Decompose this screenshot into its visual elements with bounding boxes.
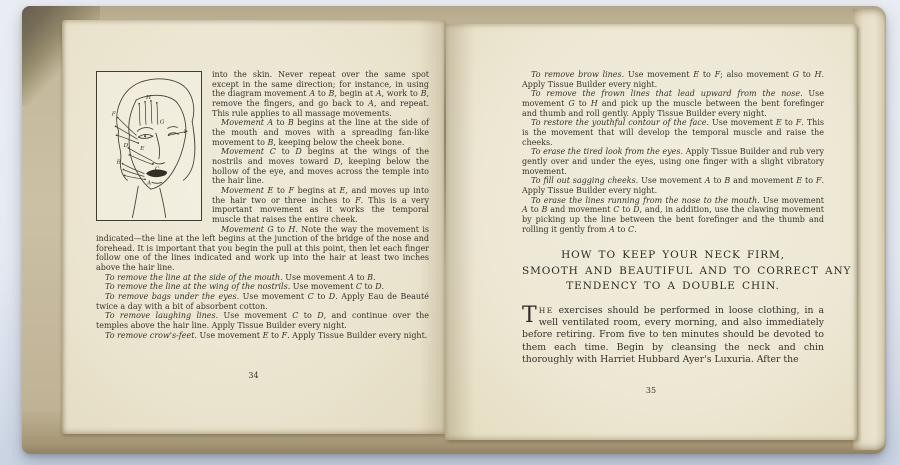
right-page-text: To remove brow lines. Use movement E to …: [522, 70, 824, 367]
drop-cap: T: [522, 305, 539, 325]
paragraph: To remove crow's-feet. Use movement E to…: [96, 331, 429, 341]
paragraph: To erase the lines running from the nose…: [522, 196, 824, 235]
face-massage-diagram-svg: HGFEDCBA: [97, 72, 201, 220]
chapter-heading-line: HOW TO KEEP YOUR NECK FIRM,: [522, 248, 824, 264]
paragraph: To remove laughing lines. Use movement C…: [96, 311, 429, 330]
face-massage-diagram: HGFEDCBA: [96, 71, 202, 221]
open-book: HGFEDCBA into the skin. Never repeat ove…: [22, 6, 886, 454]
chapter-heading-line: TENDENCY TO A DOUBLE CHIN.: [522, 279, 824, 295]
svg-text:E: E: [139, 146, 145, 152]
paragraph: Movement G to H. Note the way the moveme…: [96, 225, 429, 273]
paragraph: To restore the youthful contour of the f…: [522, 118, 824, 147]
chapter-lead-paragraph: THE exercises should be performed in loo…: [522, 305, 824, 367]
gutter: [444, 22, 446, 272]
right-page: To remove brow lines. Use movement E to …: [445, 24, 857, 440]
left-page: HGFEDCBA into the skin. Never repeat ove…: [62, 20, 445, 434]
paragraph: To remove bags under the eyes. Use movem…: [96, 292, 429, 311]
paragraph: To remove the frown lines that lead upwa…: [522, 89, 824, 118]
chapter-heading-line: SMOOTH AND BEAUTIFUL AND TO CORRECT ANY: [522, 264, 824, 280]
paragraph: To remove the line at the wing of the no…: [96, 282, 429, 292]
left-page-text: HGFEDCBA into the skin. Never repeat ove…: [96, 70, 429, 340]
paragraph: To remove the line at the side of the mo…: [96, 273, 429, 283]
paragraph: To fill out sagging cheeks. Use movement…: [522, 176, 824, 195]
svg-text:D: D: [122, 143, 128, 149]
svg-text:C: C: [155, 167, 160, 173]
svg-text:G: G: [160, 119, 165, 125]
cover-right-edge: [853, 9, 886, 450]
paragraph: To erase the tired look from the eyes. A…: [522, 147, 824, 176]
lead-text: exercises should be performed in loose c…: [522, 305, 824, 366]
chapter-heading: HOW TO KEEP YOUR NECK FIRM, SMOOTH AND B…: [522, 248, 824, 295]
svg-text:B: B: [116, 160, 122, 166]
page-number-right: 35: [445, 386, 857, 395]
paragraph: To remove brow lines. Use movement E to …: [522, 70, 824, 89]
page-number-left: 34: [62, 371, 445, 380]
svg-text:H: H: [145, 95, 152, 101]
svg-text:A: A: [146, 180, 151, 186]
lead-small-caps: HE: [539, 306, 554, 315]
svg-text:F: F: [111, 112, 117, 118]
remedy-paragraphs: To remove brow lines. Use movement E to …: [522, 70, 824, 234]
